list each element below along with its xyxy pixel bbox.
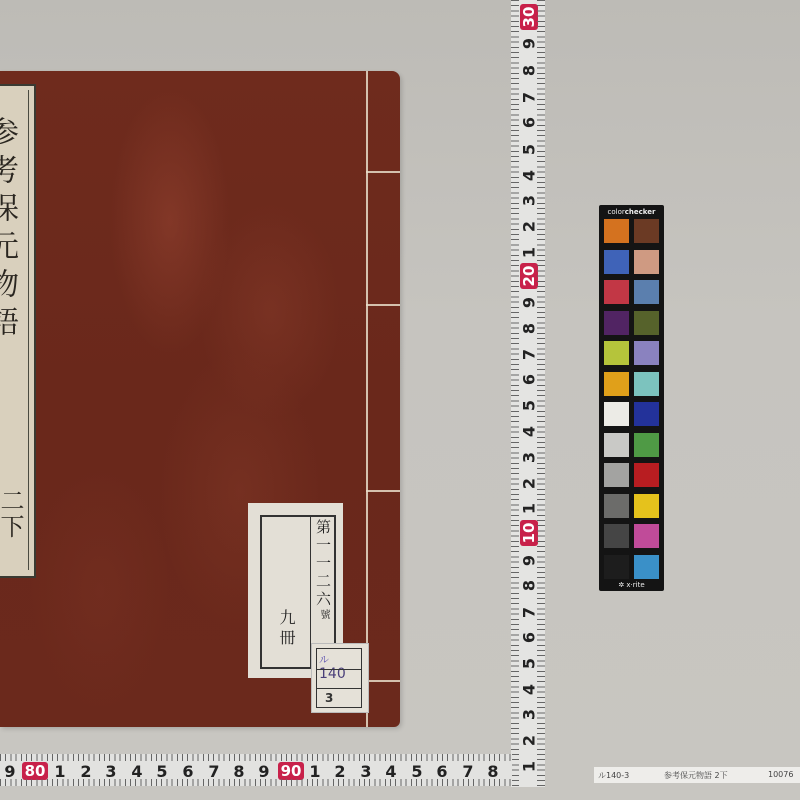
label-number: 一一二六 — [314, 537, 332, 609]
ruler-label: 4 — [127, 762, 147, 781]
ruler-label: 3 — [356, 762, 376, 781]
color-swatch — [604, 311, 629, 335]
ruler-label: 5 — [152, 762, 172, 781]
call-prefix: ル — [319, 655, 329, 666]
ruler-label: 8 — [520, 577, 539, 595]
ruler-label: 2 — [76, 762, 96, 781]
color-swatch — [604, 555, 629, 579]
call-number-label: ル 140 3 — [311, 643, 369, 713]
color-swatch — [604, 219, 629, 243]
call-number-row-2 — [316, 669, 362, 689]
ruler-label: 80 — [22, 762, 48, 780]
ruler-label: 2 — [520, 475, 539, 493]
ruler-label: 5 — [520, 397, 539, 415]
color-swatch — [604, 524, 629, 548]
caption-title: 参考保元物語 2下 — [664, 770, 728, 781]
ruler-label: 9 — [520, 552, 539, 570]
binding-thread — [366, 71, 368, 727]
ruler-label: 8 — [520, 320, 539, 338]
call-number-row-1: ル 140 — [316, 648, 362, 670]
color-swatch — [634, 524, 659, 548]
color-swatch — [634, 280, 659, 304]
ruler-label: 2 — [520, 732, 539, 750]
library-label-volumes: 九冊 — [276, 609, 298, 649]
ruler-label: 4 — [520, 167, 539, 185]
ruler-label: 6 — [520, 371, 539, 389]
color-swatch — [634, 250, 659, 274]
color-swatch — [604, 402, 629, 426]
binding-stitch — [366, 490, 400, 492]
binding-stitch — [366, 680, 400, 682]
color-swatch — [634, 311, 659, 335]
horizontal-ruler: 9801234567899012345678 — [0, 754, 512, 786]
ruler-label: 3 — [101, 762, 121, 781]
ruler-label: 6 — [432, 762, 452, 781]
ruler-label: 1 — [520, 500, 539, 518]
binding-stitch — [366, 171, 400, 173]
ruler-label: 5 — [407, 762, 427, 781]
ruler-label: 3 — [520, 449, 539, 467]
ruler-label: 1 — [305, 762, 325, 781]
ruler-label: 4 — [520, 681, 539, 699]
label-suffix: 號 — [318, 609, 329, 622]
ruler-label: 6 — [520, 114, 539, 132]
color-checker-brand: colorchecker — [599, 208, 664, 216]
color-checker-card: colorchecker ✲ x·rite — [599, 205, 664, 591]
ruler-label: 4 — [381, 762, 401, 781]
ruler-label: 7 — [204, 762, 224, 781]
ruler-label: 7 — [458, 762, 478, 781]
ruler-label: 9 — [0, 762, 20, 781]
ruler-label: 4 — [520, 423, 539, 441]
color-swatch — [604, 463, 629, 487]
ruler-label: 1 — [520, 758, 539, 776]
ruler-label: 7 — [520, 346, 539, 364]
ruler-label: 6 — [520, 629, 539, 647]
call-number-row-3: 3 — [316, 688, 362, 708]
ruler-label: 10 — [520, 520, 538, 546]
color-swatch — [604, 250, 629, 274]
ruler-label: 7 — [520, 89, 539, 107]
ruler-label: 3 — [520, 706, 539, 724]
ruler-label: 3 — [520, 192, 539, 210]
ruler-label: 5 — [520, 655, 539, 673]
title-slip: 参考保元物語 二下 — [0, 84, 36, 578]
ruler-label: 1 — [50, 762, 70, 781]
caption-id: 10076 — [768, 770, 793, 779]
color-swatch — [604, 433, 629, 457]
ruler-label: 9 — [520, 294, 539, 312]
color-swatch — [604, 494, 629, 518]
color-swatch — [604, 372, 629, 396]
ruler-label: 9 — [520, 35, 539, 53]
caption-call-number: ル140-3 — [598, 770, 629, 781]
color-swatch — [604, 341, 629, 365]
ruler-label: 30 — [520, 4, 538, 30]
ruler-label: 7 — [520, 604, 539, 622]
ruler-label: 90 — [278, 762, 304, 780]
label-prefix: 第 — [314, 519, 332, 537]
book-volume: 二下 — [2, 488, 28, 540]
brand-bold: checker — [625, 208, 656, 216]
color-swatch — [634, 372, 659, 396]
color-swatch — [634, 494, 659, 518]
xrite-logo: ✲ x·rite — [599, 581, 664, 589]
ruler-label: 2 — [520, 218, 539, 236]
library-label-number: 第一一二六號 — [312, 519, 334, 622]
brand-light: color — [608, 208, 625, 216]
ruler-label: 5 — [520, 141, 539, 159]
ruler-label: 8 — [483, 762, 503, 781]
color-swatch — [634, 433, 659, 457]
ruler-label: 9 — [254, 762, 274, 781]
color-swatch — [634, 219, 659, 243]
book-title: 参考保元物語 — [0, 116, 22, 344]
caption-strip: ル140-3 参考保元物語 2下 10076 — [594, 767, 800, 783]
ruler-label: 8 — [520, 62, 539, 80]
color-swatch — [634, 402, 659, 426]
ruler-label: 2 — [330, 762, 350, 781]
color-swatch — [634, 463, 659, 487]
vertical-ruler: 309876543212098765432110987654321 — [511, 0, 545, 787]
color-swatch — [634, 341, 659, 365]
ruler-label: 8 — [229, 762, 249, 781]
binding-stitch — [366, 304, 400, 306]
color-swatch — [604, 280, 629, 304]
color-swatch — [634, 555, 659, 579]
ruler-label: 1 — [520, 244, 539, 262]
ruler-label: 20 — [520, 263, 538, 289]
ruler-label: 6 — [178, 762, 198, 781]
